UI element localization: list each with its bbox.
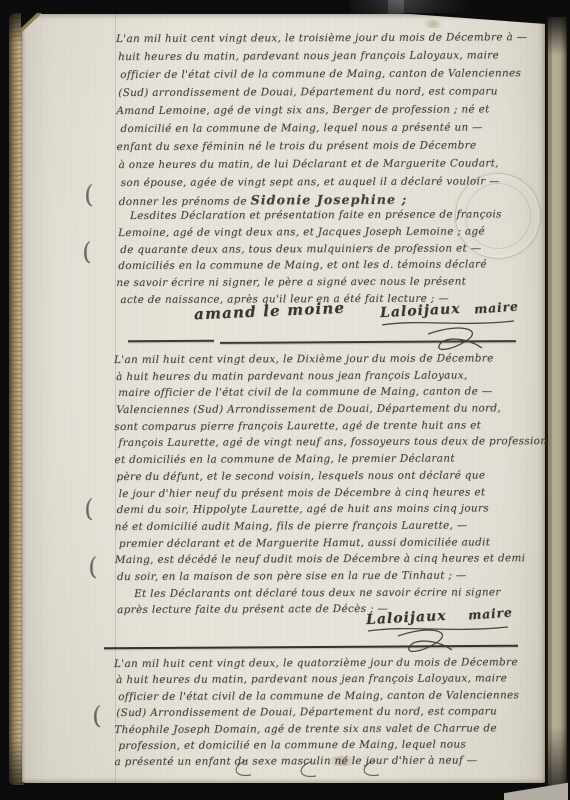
manuscript-page: ( ( ( ( ( L'an mil huit cent vingt deux,… [22,14,545,783]
margin-flourish: ( [85,552,100,581]
margin-flourish: ( [81,494,96,523]
manuscript-line: huit heures du matin, pardevant nous jea… [118,46,524,66]
manuscript-line: Théophile Joseph Domain, agé de trente s… [114,720,522,738]
closing-flourish [217,758,407,782]
foxing-stain [420,20,446,28]
manuscript-line: officier de l'état civil de la commune d… [120,64,524,84]
manuscript-line: à huit heures du matin, pardevant nous j… [116,671,522,689]
birth-act-1-paragraph-2: Lesdites Déclaration et présentation fai… [116,206,524,309]
manuscript-line: premier déclarant et de Marguerite Hamut… [119,534,523,552]
manuscript-line: Lemoine, agé de vingt deux ans, et Jacqu… [118,223,524,242]
manuscript-line: le jour d'hier neuf du présent mois de D… [119,484,523,502]
manuscript-line: Maing, est décédé le neuf dudit mois de … [115,550,523,568]
manuscript-line: du soir, en la maison de son père sise e… [117,567,523,585]
manuscript-line: (Sud) Arrondissement de Douai, Départeme… [116,703,522,721]
manuscript-line: L'an mil huit cent vingt deux, le Dixièm… [114,350,522,368]
manuscript-line: demi du soir, Hippolyte Laurette, agé de… [117,500,523,518]
corner-shadow [396,13,546,24]
manuscript-line: Amand Lemoine, agé de vingt six ans, Ber… [116,100,524,120]
manuscript-line: L'an mil huit cent vingt deux, le troisi… [116,28,524,48]
child-name: Sidonie Josephine ; [251,192,408,208]
manuscript-line: sont comparus pierre françois Laurette, … [114,417,522,435]
margin-flourish: ( [81,180,96,209]
manuscript-line: domicilié en la commune de Maing, lequel… [120,118,524,138]
manuscript-line: françois Laurette, agé de vingt neuf ans… [118,434,522,452]
act-separator-line [128,340,214,342]
manuscript-line: enfant du sexe féminin né le trois du pr… [116,136,524,156]
line-prefix: donner les prénoms de [119,195,251,208]
manuscript-line: Valenciennes (Sud) Arrondissement de Dou… [116,400,522,418]
manuscript-line: Lesdites Déclaration et présentation fai… [116,206,524,225]
signature-title-maire: maire [468,604,514,622]
margin-flourish: ( [79,237,94,266]
corner-shadow [21,13,37,28]
manuscript-line: (Sud) arrondissement de Douai, Départeme… [118,82,524,102]
signature-paraph-flourish [390,628,462,658]
manuscript-line: à onze heures du matin, de lui Déclarant… [119,154,525,174]
book-fore-edge [546,17,567,788]
manuscript-line: officier de l'état civil de la commune d… [118,687,522,705]
manuscript-line: à huit heures du matin pardevant nous je… [116,367,522,385]
next-page-corner [504,782,568,800]
manuscript-line: né et domicilié audit Maing, fils de pie… [115,517,523,535]
manuscript-line: domiciliés en la commune de Maing, et on… [118,257,524,276]
manuscript-line: après lecture faite du présent acte de D… [117,601,523,619]
manuscript-line: L'an mil huit cent vingt deux, le quator… [114,654,522,672]
margin-flourish: ( [89,701,104,730]
manuscript-line: maire officier de l'état civil de la com… [118,384,522,402]
manuscript-line: ne savoir écrire ni signer, le père a si… [116,273,524,292]
manuscript-line: Et les Déclarants ont déclaré tous deux … [119,584,523,602]
signature-title-maire: maire [474,298,520,316]
manuscript-line: profession, et domicilié en la commune d… [118,736,522,754]
manuscript-line: de quarante deux ans, tous deux mulquini… [120,240,524,259]
manuscript-line: son épouse, agée de vingt sept ans, et a… [121,172,525,192]
birth-act-3: L'an mil huit cent vingt deux, le quator… [114,654,522,771]
birth-act-1-paragraph-1: L'an mil huit cent vingt deux, le troisi… [116,28,525,210]
manuscript-line: père du défunt, et le second voisin, les… [117,467,523,485]
manuscript-line: et domiciliés en la commune de Maing, le… [114,450,522,468]
register-scan: ( ( ( ( ( L'an mil huit cent vingt deux,… [0,0,570,800]
death-act-2: L'an mil huit cent vingt deux, le Dixièm… [114,350,523,619]
